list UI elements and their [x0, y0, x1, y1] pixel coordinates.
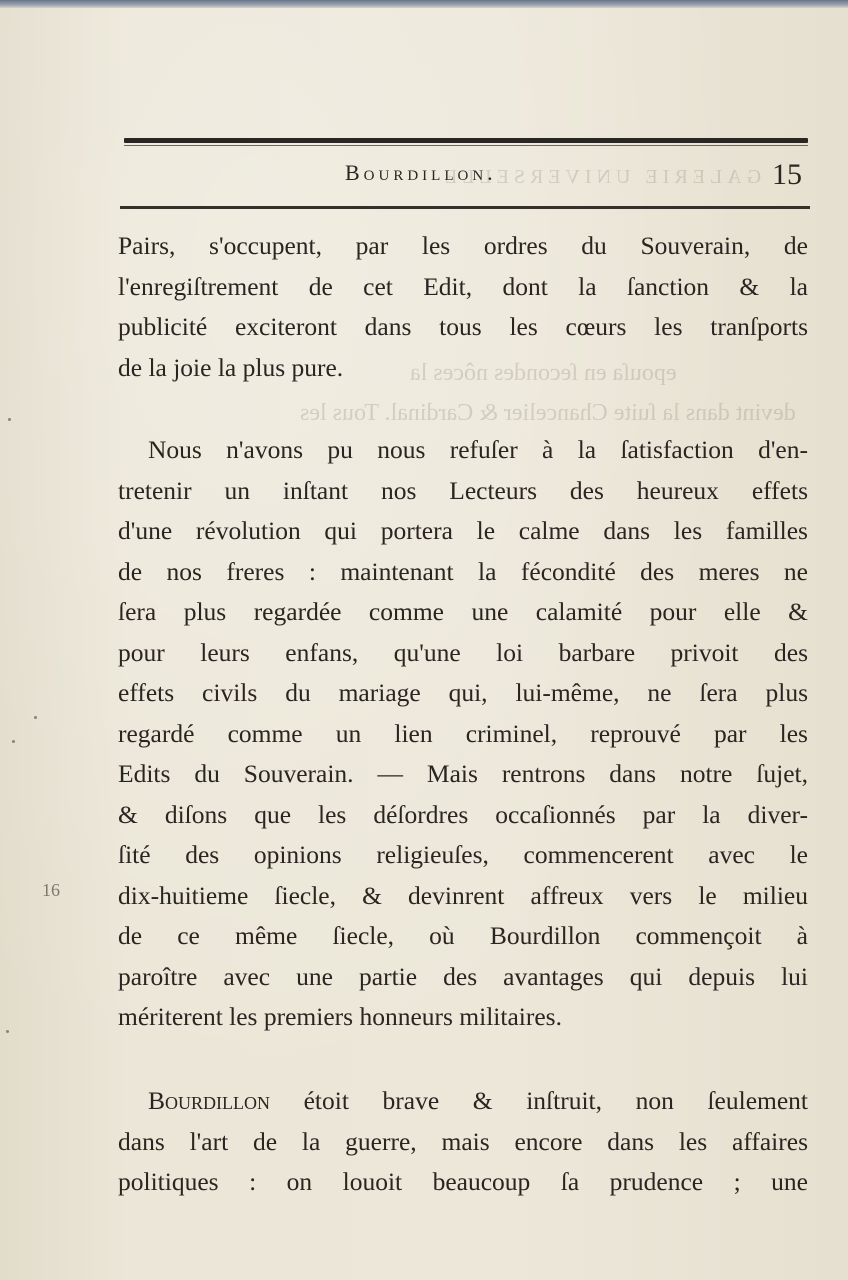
text-line: pour leurs enfans, qu'une loi barbare pr…	[118, 633, 808, 674]
text-line: Bourdillon étoit brave & inſtruit, non ſ…	[118, 1081, 808, 1122]
header-rule-top	[124, 138, 808, 143]
paragraph-3: Bourdillon étoit brave & inſtruit, non ſ…	[118, 1081, 808, 1203]
text-line: ſité des opinions religieuſes, commencer…	[118, 835, 808, 876]
page-number: 15	[772, 158, 802, 192]
text-line: d'une révolution qui portera le calme da…	[118, 511, 808, 552]
paragraph-1: Pairs, s'occupent, par les ordres du Sou…	[118, 226, 808, 388]
text-line: de la joie la plus pure.	[118, 348, 808, 389]
text-line: dans l'art de la guerre, mais encore dan…	[118, 1122, 808, 1163]
text-line: de ce même ſiecle, où Bourdillon commenç…	[118, 916, 808, 957]
text-line: de nos freres : maintenant la fécondité …	[118, 552, 808, 593]
small-caps-name: Bourdillon	[148, 1086, 270, 1115]
text-line: publicité exciteront dans tous les cœurs…	[118, 307, 808, 348]
text-line: regardé comme un lien criminel, reprouvé…	[118, 714, 808, 755]
text-line: paroître avec une partie des avantages q…	[118, 957, 808, 998]
running-head: Bourdillon. 15	[0, 156, 848, 196]
bleed-through-line: devint dans la ſuite Chancelier & Cardin…	[300, 400, 796, 427]
paper-speck	[12, 740, 15, 743]
text-line: l'enregiſtrement de cet Edit, dont la ſa…	[118, 267, 808, 308]
running-title: Bourdillon.	[345, 160, 497, 186]
text-line: mériterent les premiers honneurs militai…	[118, 997, 808, 1038]
text-fragment: étoit brave & inſtruit, non ſeulement	[270, 1086, 808, 1115]
margin-pencil-note: 16	[42, 880, 60, 901]
header-rule-bottom	[120, 206, 810, 209]
text-line: Nous n'avons pu nous refuſer à la ſatisf…	[118, 430, 808, 471]
scan-edge	[0, 0, 848, 8]
header-rule-top-thin	[124, 145, 808, 146]
text-line: politiques : on louoit beaucoup ſa prude…	[118, 1162, 808, 1203]
text-line: Pairs, s'occupent, par les ordres du Sou…	[118, 226, 808, 267]
text-line: dix-huitieme ſiecle, & devinrent affreux…	[118, 876, 808, 917]
text-line: tretenir un inſtant nos Lecteurs des heu…	[118, 471, 808, 512]
text-line: Edits du Souverain. — Mais rentrons dans…	[118, 754, 808, 795]
paper-speck	[34, 716, 37, 719]
paper-speck	[8, 418, 11, 421]
text-line: ſera plus regardée comme une calamité po…	[118, 592, 808, 633]
text-line: & diſons que les déſordres occaſionnés p…	[118, 795, 808, 836]
paper-speck	[6, 1030, 9, 1033]
text-line: effets civils du mariage qui, lui-même, …	[118, 673, 808, 714]
paragraph-2: Nous n'avons pu nous refuſer à la ſatisf…	[118, 430, 808, 1038]
